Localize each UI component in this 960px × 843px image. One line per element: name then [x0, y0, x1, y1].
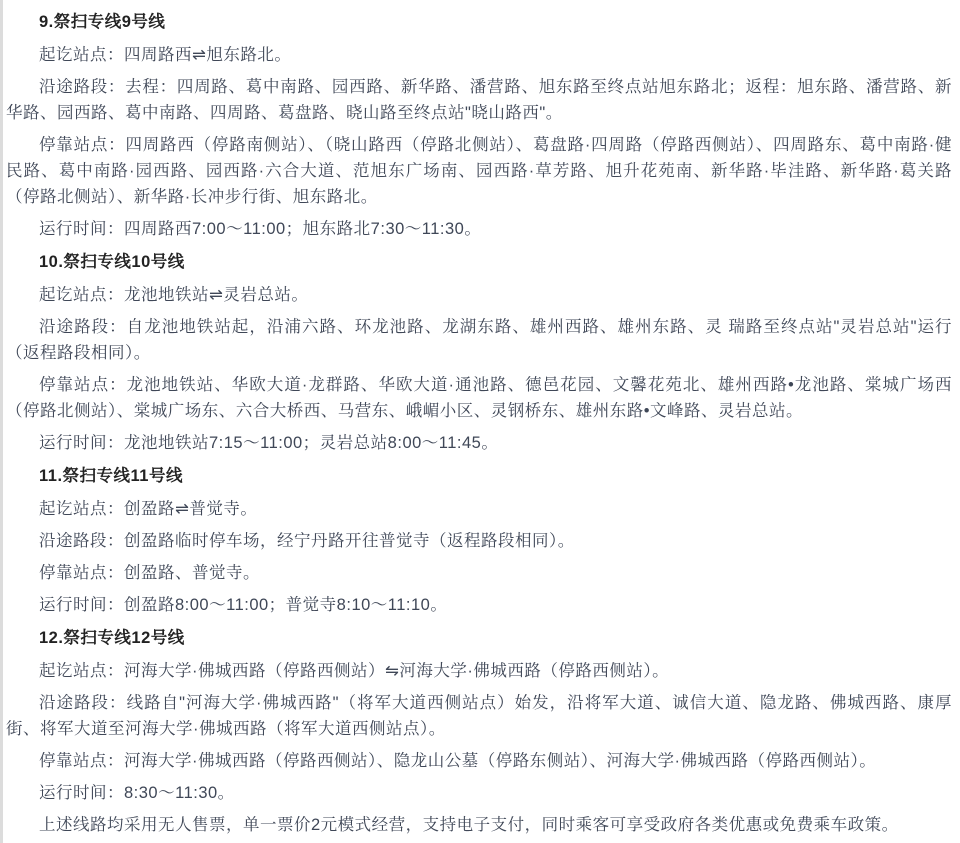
- route-11-heading: 11.祭扫专线11号线: [6, 463, 952, 489]
- route-11-start-end: 起讫站点：创盈路⇌普觉寺。: [6, 496, 952, 522]
- route-12-stops: 停靠站点：河海大学·佛城西路（停路西侧站）、隐龙山公墓（停路东侧站）、河海大学·…: [6, 748, 952, 774]
- route-10-start-end: 起讫站点：龙池地铁站⇌灵岩总站。: [6, 282, 952, 308]
- route-9-heading: 9.祭扫专线9号线: [6, 9, 952, 35]
- route-10-hours: 运行时间：龙池地铁站7:15～11:00；灵岩总站8:00～11:45。: [6, 430, 952, 456]
- route-9-start-end: 起讫站点：四周路西⇌旭东路北。: [6, 42, 952, 68]
- route-11-hours: 运行时间：创盈路8:00～11:00；普觉寺8:10～11:10。: [6, 592, 952, 618]
- route-10-route: 沿途路段：自龙池地铁站起，沿浦六路、环龙池路、龙湖东路、雄州西路、雄州东路、灵 …: [6, 314, 952, 366]
- route-10-stops: 停靠站点：龙池地铁站、华欧大道·龙群路、华欧大道·通池路、德邑花园、文馨花苑北、…: [6, 372, 952, 424]
- route-9-stops: 停靠站点：四周路西（停路南侧站）、（晓山路西（停路北侧站）、葛盘路·四周路（停路…: [6, 132, 952, 210]
- route-9-hours: 运行时间：四周路西7:00～11:00；旭东路北7:30～11:30。: [6, 216, 952, 242]
- route-11-stops: 停靠站点：创盈路、普觉寺。: [6, 560, 952, 586]
- route-11-route: 沿途路段：创盈路临时停车场，经宁丹路开往普觉寺（返程路段相同）。: [6, 528, 952, 554]
- route-12-hours: 运行时间：8:30～11:30。: [6, 780, 952, 806]
- route-12-start-end: 起讫站点：河海大学·佛城西路（停路西侧站）⇋河海大学·佛城西路（停路西侧站）。: [6, 658, 952, 684]
- route-10-heading: 10.祭扫专线10号线: [6, 249, 952, 275]
- route-12-route: 沿途路段：线路自"河海大学·佛城西路"（将军大道西侧站点）始发，沿将军大道、诚信…: [6, 690, 952, 742]
- footer-note: 上述线路均采用无人售票，单一票价2元模式经营，支持电子支付，同时乘客可享受政府各…: [6, 812, 952, 838]
- route-12-heading: 12.祭扫专线12号线: [6, 625, 952, 651]
- route-9-route: 沿途路段：去程：四周路、葛中南路、园西路、新华路、潘营路、旭东路至终点站旭东路北…: [6, 74, 952, 126]
- bus-route-notice-document: 9.祭扫专线9号线 起讫站点：四周路西⇌旭东路北。 沿途路段：去程：四周路、葛中…: [0, 0, 960, 843]
